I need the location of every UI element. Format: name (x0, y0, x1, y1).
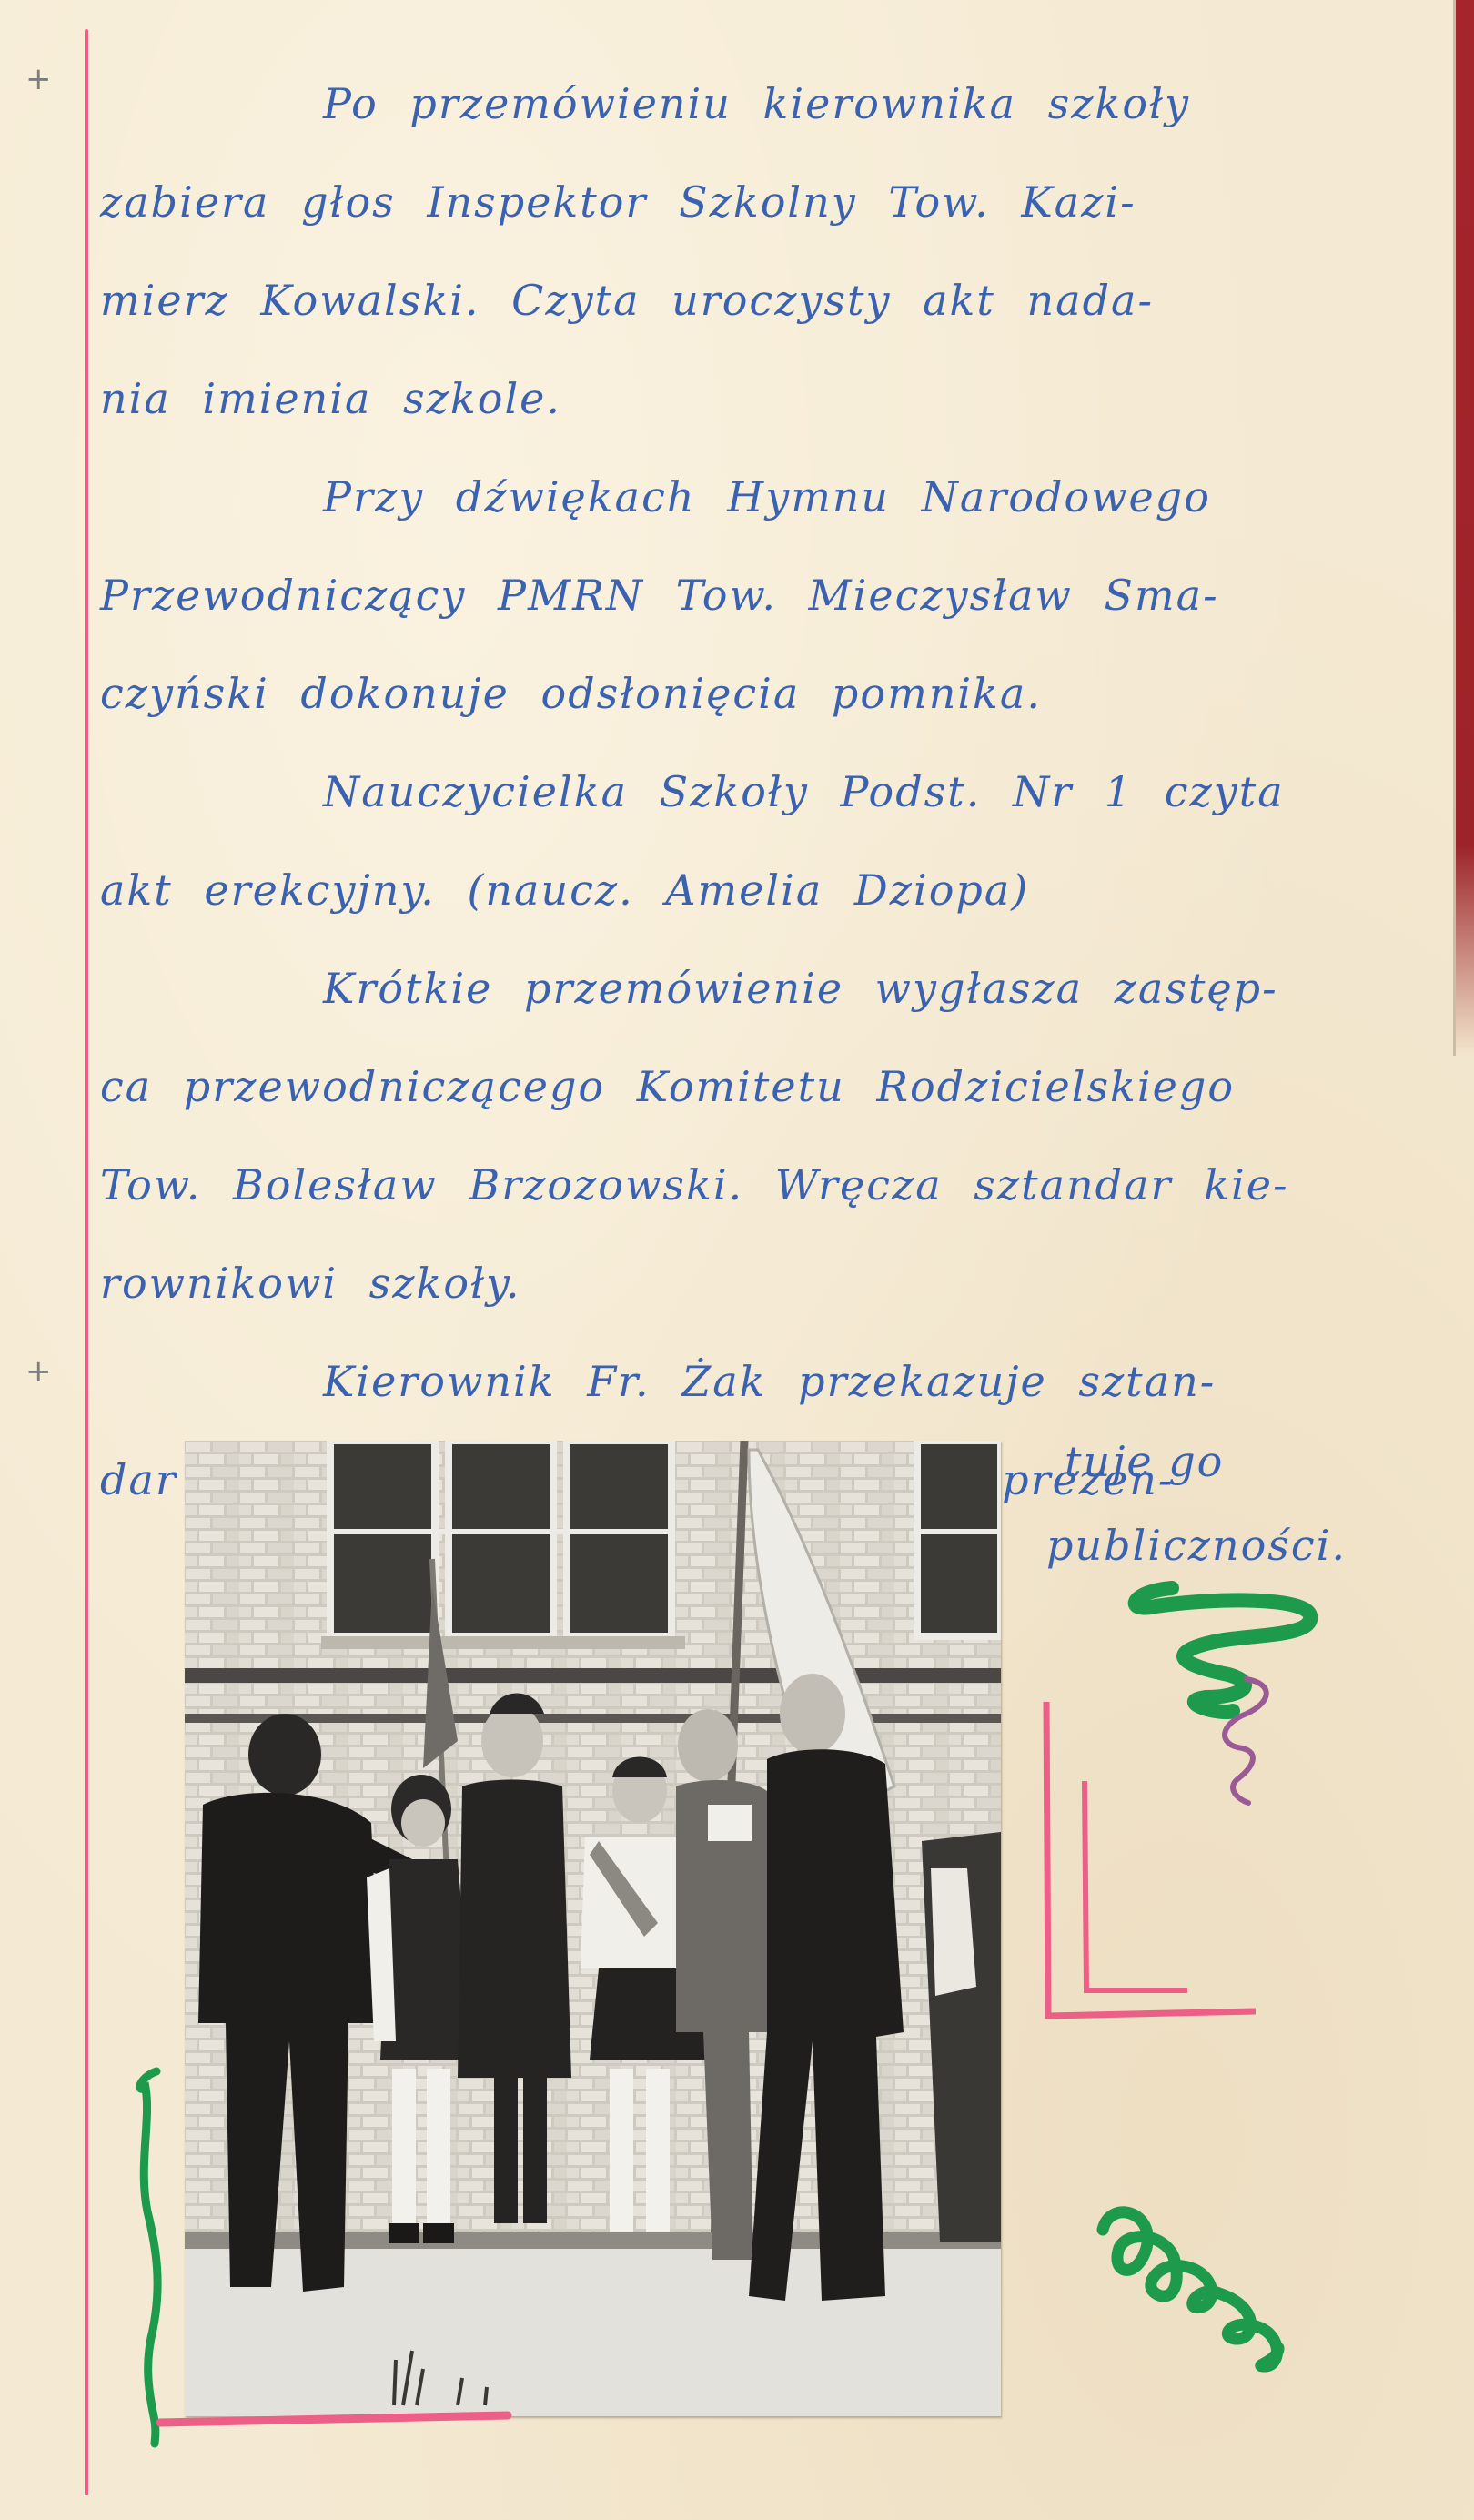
handwritten-text: Po przemówieniu kierownika szkoły zabier… (100, 55, 1410, 1529)
text-line: Przewodniczący PMRN Tow. Mieczysław Sma- (100, 546, 1410, 644)
text-line: mierz Kowalski. Czyta uroczysty akt nada… (100, 251, 1410, 349)
green-wavy-ornament (127, 2066, 182, 2448)
pink-underline-ornament (155, 2403, 519, 2430)
text-line: Po przemówieniu kierownika szkoły (100, 55, 1410, 153)
photo-scene-illustration (185, 1441, 1001, 2416)
pink-corner-bracket-ornament (1037, 1697, 1256, 2025)
text-line: zabiera głos Inspektor Szkolny Tow. Kazi… (100, 153, 1410, 251)
text-line: Kierownik Fr. Żak przekazuje sztan- (100, 1332, 1410, 1431)
green-spiral-ornament (1092, 2202, 1328, 2430)
pencil-cross-mark: + (25, 64, 52, 95)
text-line: ca przewodniczącego Komitetu Rodzicielsk… (100, 1037, 1410, 1136)
text-line: publiczności. (1046, 1503, 1347, 1587)
ceremony-photograph (185, 1441, 1001, 2416)
text-line: tuje go (1046, 1420, 1347, 1503)
text-line: Tow. Bolesław Brzozowski. Wręcza sztanda… (100, 1136, 1410, 1234)
red-margin-line (85, 29, 88, 2495)
pencil-cross-mark: + (25, 1356, 52, 1387)
text-line: rownikowi szkoły. (100, 1234, 1410, 1332)
text-line: nia imienia szkole. (100, 349, 1410, 448)
text-line: Przy dźwiękach Hymnu Narodowego (100, 448, 1410, 546)
book-binding-edge (1453, 0, 1474, 1056)
caption-continuation: tuje go publiczności. (1046, 1420, 1347, 1587)
text-line: Krótkie przemówienie wygłasza zastęp- (100, 939, 1410, 1037)
text-line: czyński dokonuje odsłonięcia pomnika. (100, 644, 1410, 743)
text-line: akt erekcyjny. (naucz. Amelia Dziopa) (100, 841, 1410, 939)
text-line: Nauczycielka Szkoły Podst. Nr 1 czyta (100, 743, 1410, 841)
